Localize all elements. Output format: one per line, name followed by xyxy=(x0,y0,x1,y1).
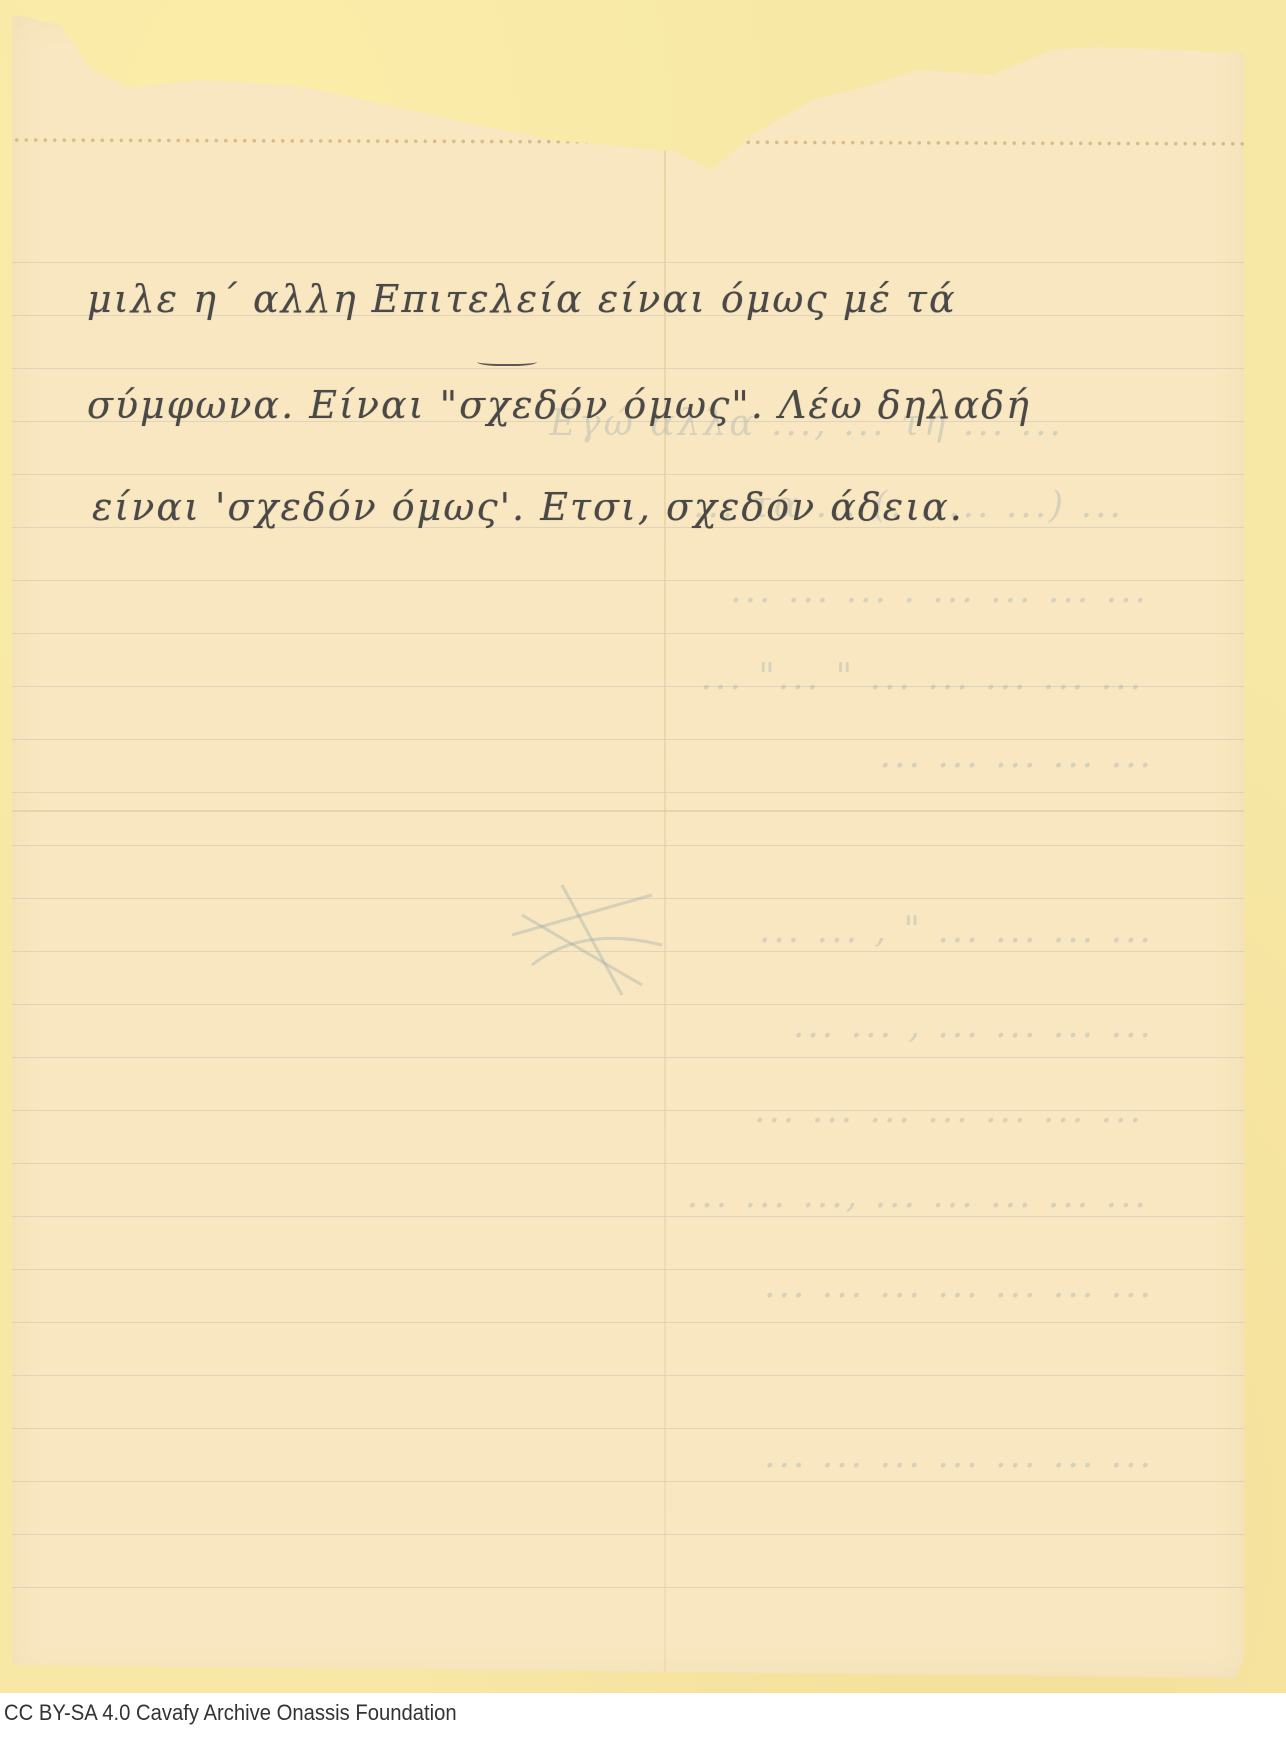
horizontal-fold-crease xyxy=(12,810,1244,812)
handwriting-line: μιλε η΄ αλλη Επιτελεία είναι όμως μέ τά xyxy=(87,277,957,321)
bleed-through-line: ... ... ... . ... ... ... ... xyxy=(730,570,1149,611)
bleed-through-line: ... "... " ... ... ... ... ... xyxy=(700,657,1144,698)
handwriting-line: σύμφωνα. Είναι "σχεδόν όμως". Λέω δηλαδή xyxy=(87,383,1031,427)
license-caption: CC BY-SA 4.0 Cavafy Archive Onassis Foun… xyxy=(4,1700,457,1740)
bleed-through-line: ... ... ... ... ... ... ... xyxy=(764,1265,1154,1306)
bleed-through-line: ... ... ..., ... ... ... ... ... xyxy=(687,1175,1149,1216)
underline-squiggle xyxy=(477,356,537,366)
bleed-through-line: ... ... , " ... ... ... ... xyxy=(759,910,1154,951)
bleed-through-line: ... ... , ... ... ... ... xyxy=(793,1005,1154,1046)
vertical-fold-crease xyxy=(664,15,666,1678)
bleed-through-line: ... ... ... ... ... ... ... xyxy=(754,1090,1144,1131)
perforation-line xyxy=(12,137,1244,147)
manuscript-scan: Εγώ αλλα ..., ... τη ... ... ... τα ... … xyxy=(0,0,1286,1693)
handwriting-line: είναι 'σχεδόν όμως'. Ετσι, σχεδόν άδεια. xyxy=(92,485,964,529)
manuscript-paper: Εγώ αλλα ..., ... τη ... ... ... τα ... … xyxy=(12,15,1244,1678)
bleed-through-line: ... ... ... ... ... ... ... xyxy=(764,1435,1154,1476)
bleed-through-line: ... ... ... ... ... xyxy=(880,735,1154,776)
bleed-through-sketch-icon xyxy=(502,875,672,1005)
